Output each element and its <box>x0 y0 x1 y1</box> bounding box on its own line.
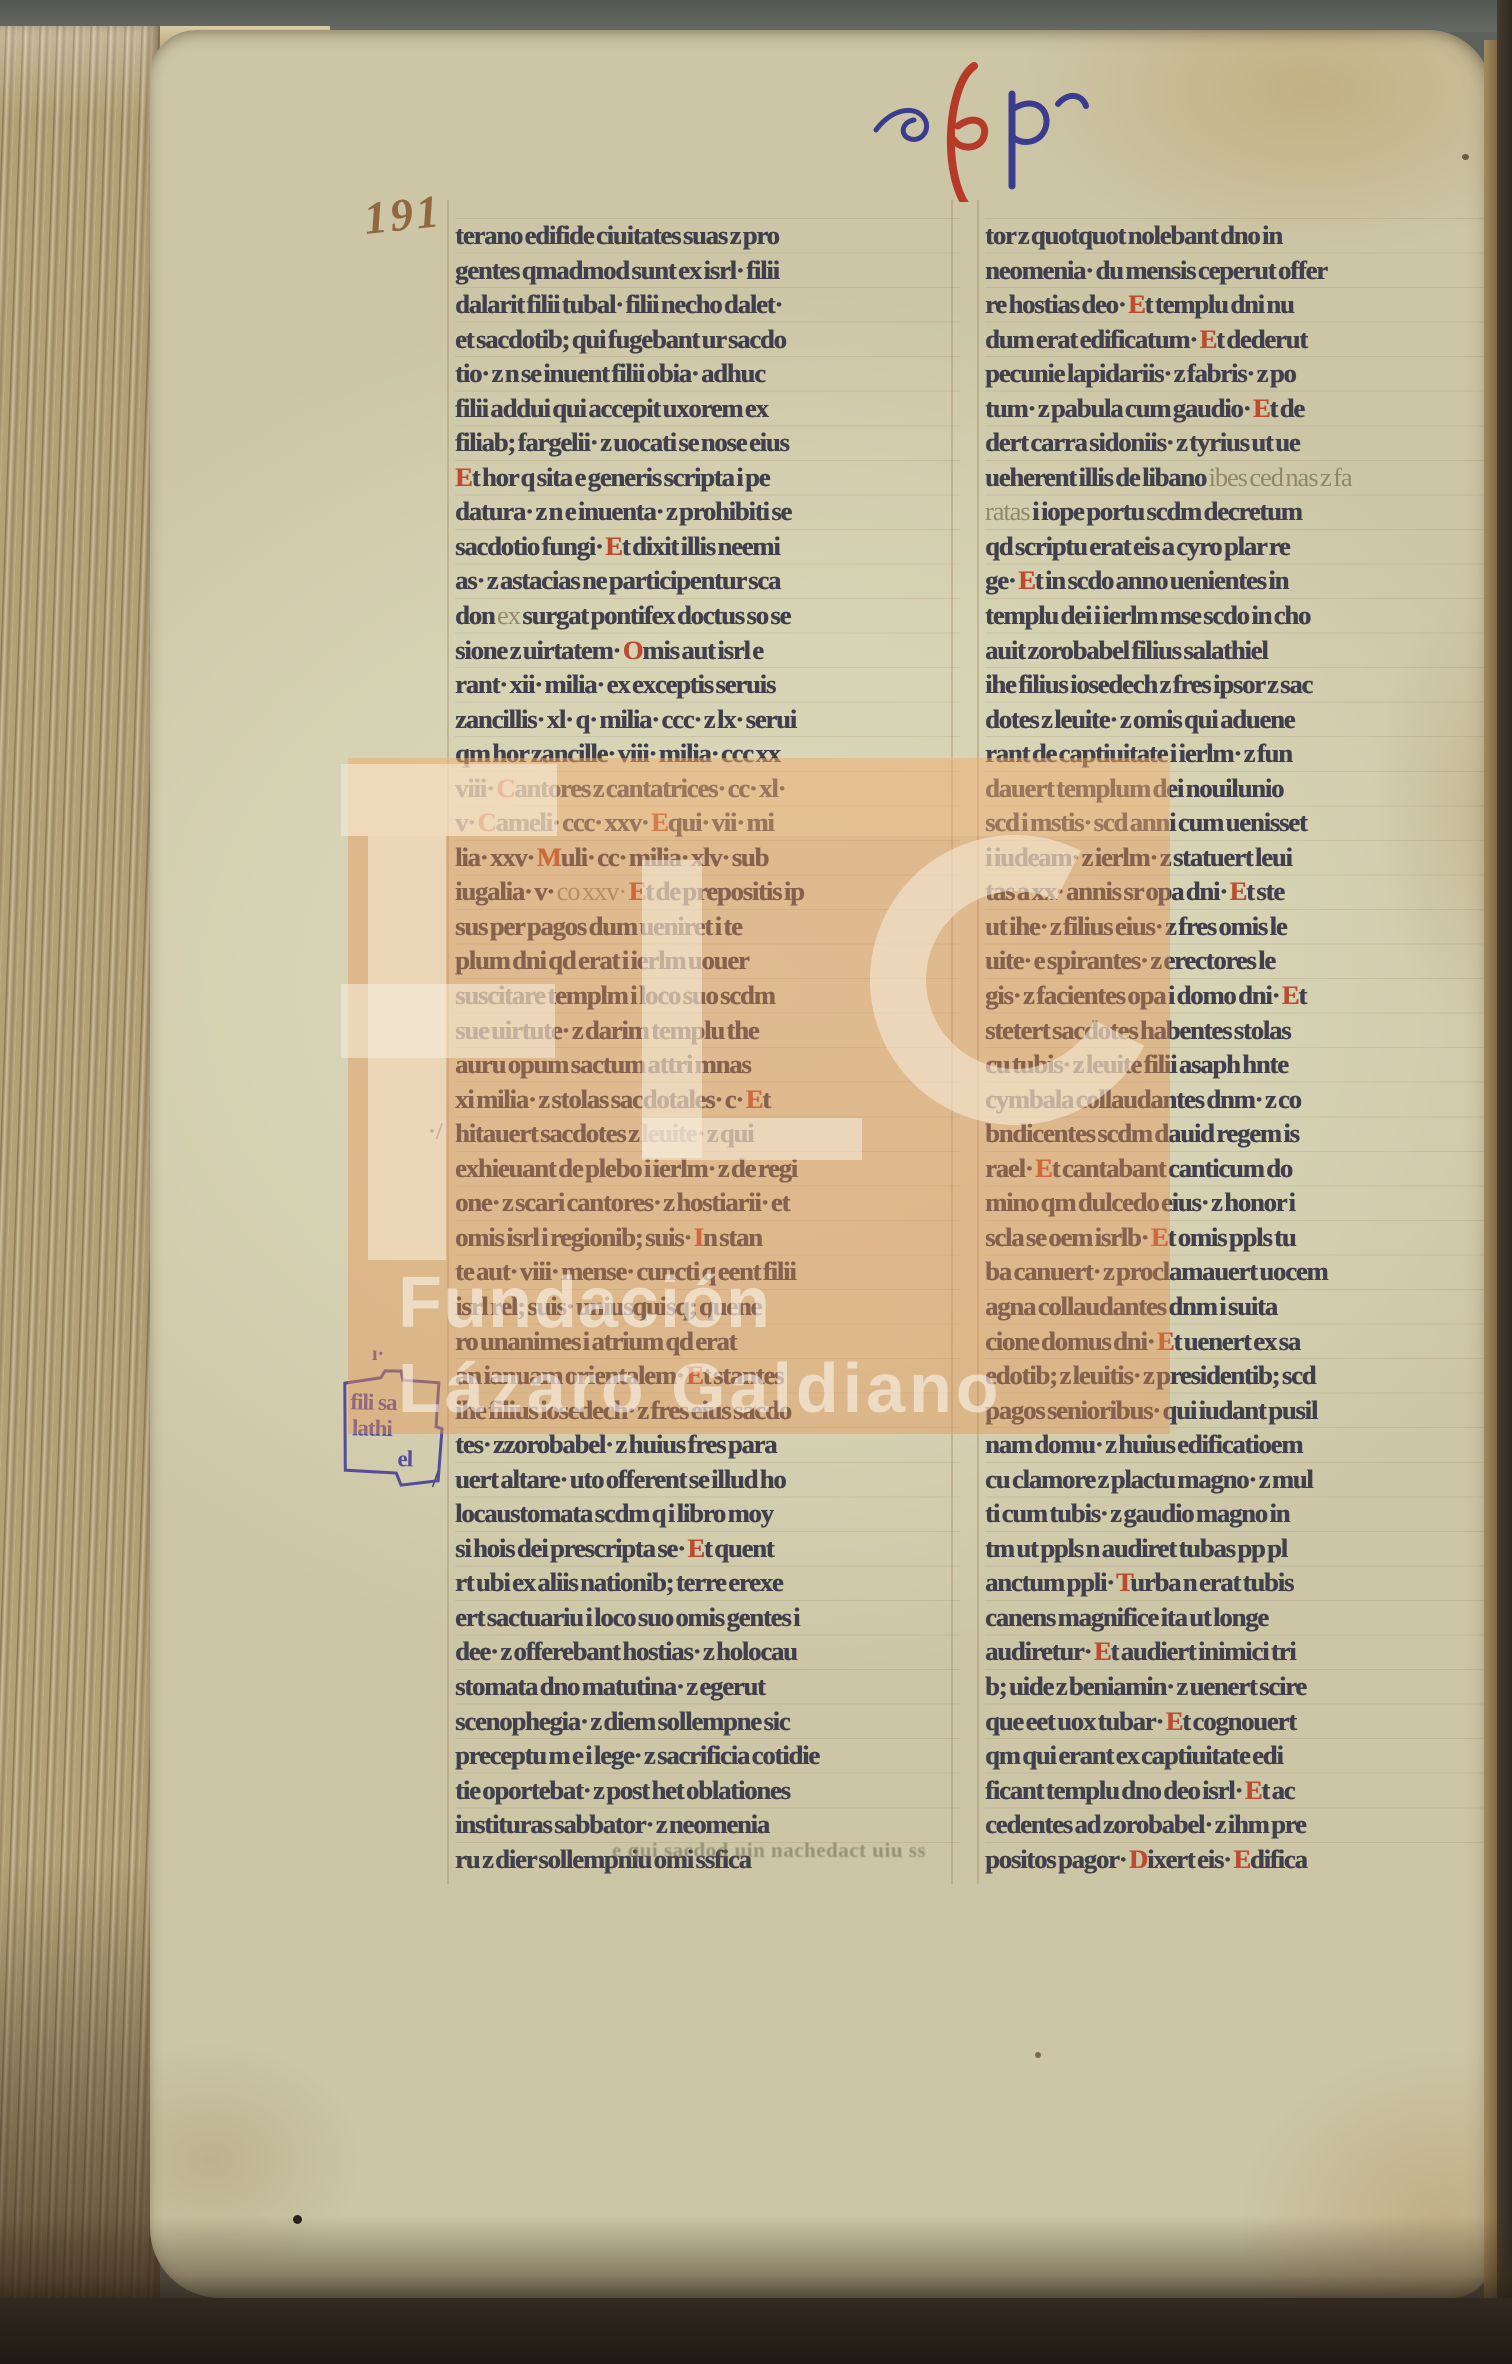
text-line: as· z astacias ne participentur sca <box>455 563 960 598</box>
text-line: audiretur· Et audiert inimici tri <box>985 1634 1490 1669</box>
erased-catchline: e qui sacdod uin nachedact uiu ss <box>612 1840 926 1861</box>
text-line: i iudeam· z ierlm· z statuert leui <box>985 840 1490 875</box>
text-line: ueherent illis de libano ibes ced nas z … <box>985 460 1490 495</box>
text-line: rant de captiuitate i ierlm· z fun <box>985 736 1490 771</box>
text-line: dalarit filii tubal· filii necho dalet· <box>455 287 960 322</box>
text-line: dotes z leuite· z omis qui aduene <box>985 702 1490 737</box>
text-line: stomata dno matutina· z egerut <box>455 1669 960 1704</box>
text-line: b; uide z beniamin· z uenert scire <box>985 1669 1490 1704</box>
foxing-spot <box>1462 154 1469 160</box>
text-line: auru opum sactum attri mnas <box>455 1047 960 1082</box>
text-line: don ex surgat pontifex doctus so se <box>455 598 960 633</box>
text-line: ge· Et in scdo anno uenientes in <box>985 563 1490 598</box>
text-line: iugalia· v· co xxv· Et de prepositis ip <box>455 874 960 909</box>
text-line: sione z uirtatem· Omis aut isrl e <box>455 633 960 668</box>
margin-note-box: fili sa lathi el <box>335 1367 453 1493</box>
text-line: cu clamore z plactu magno· z mul <box>985 1462 1490 1497</box>
text-line: ert sactuariu i loco suo omis gentes i <box>455 1600 960 1635</box>
text-line: sacdotio fungi· Et dixit illis neemi <box>455 529 960 564</box>
text-line: gentes qmadmod sunt ex isrl· filii <box>455 253 960 288</box>
text-line: tie oportebat· z post het oblationes <box>455 1773 960 1808</box>
text-line: ut ihe· z filius eius· z fres omis le <box>985 909 1490 944</box>
text-line: que eet uox tubar· Et cognouert <box>985 1704 1490 1739</box>
margin-note-line: fili sa <box>350 1389 398 1415</box>
text-line: cedentes ad zorobabel· z ihm pre <box>985 1807 1490 1842</box>
text-line: v· Cameli· ccc· xxv· Equi· vii· mi <box>455 805 960 840</box>
text-line: scd i mstis· scd anni cum uenisset <box>985 805 1490 840</box>
text-line: scenophegia· z diem sollempne sic <box>455 1704 960 1739</box>
text-line: uert altare· uto offerent se illud ho <box>455 1462 960 1497</box>
text-line: tm ut ppls n audiret tubas pp pl <box>985 1531 1490 1566</box>
text-line: positos pagor· Dixert eis· Edifica <box>985 1842 1490 1877</box>
photo-background-right <box>1497 0 1512 2364</box>
text-line: agna collaudantes dnm i suita <box>985 1289 1490 1324</box>
text-line: te aut· viii· mense· cuncti q eent filii <box>455 1254 960 1289</box>
text-line: cymbala collaudantes dnm· z co <box>985 1082 1490 1117</box>
text-line: sue uirtute· z darim templu the <box>455 1013 960 1048</box>
text-line: locaustomata scdm q i libro moy <box>455 1496 960 1531</box>
text-line: ihe filius iosedech· z fres eius sacdo <box>455 1393 960 1428</box>
header-flourish-icon <box>876 66 1086 202</box>
book-page-edges <box>0 26 160 2316</box>
text-line: ro unanimes i atrium qd erat <box>455 1324 960 1359</box>
text-line: terano edifide ciuitates suas z pro <box>455 218 960 253</box>
text-line: sus per pagos dum ueniret i te <box>455 909 960 944</box>
foxing-spot <box>1035 2052 1041 2058</box>
text-line: qd scriptu erat eis a cyro plar re <box>985 529 1490 564</box>
text-line: tum· z pabula cum gaudio· Et de <box>985 391 1490 426</box>
text-line: lia· xxv· Muli· cc· milia· xlv· sub <box>455 840 960 875</box>
text-line: exhieuant de plebo i ierlm· z de regi <box>455 1151 960 1186</box>
text-line: pecunie lapidariis· z fabris· z po <box>985 356 1490 391</box>
text-line: tio· z n se inuent filii obia· adhuc <box>455 356 960 391</box>
text-line: omis isrl i regionib; suis· In stan <box>455 1220 960 1255</box>
text-line: datura· z n e inuenta· z prohibiti se <box>455 494 960 529</box>
ruling-line-vertical <box>447 200 449 1884</box>
page-edge-right <box>1484 40 1498 2340</box>
text-line: qm qui erant ex captiuitate edi <box>985 1738 1490 1773</box>
margin-note-line: lathi <box>352 1415 394 1441</box>
text-line: gis· z facientes opa i domo dni· Et <box>985 978 1490 1013</box>
text-line: zancillis· xl· q· milia· ccc· z lx· seru… <box>455 702 960 737</box>
text-line: filii addui qui accepit uxorem ex <box>455 391 960 426</box>
margin-note-line: el <box>397 1446 413 1471</box>
text-line: cione domus dni· Et uenert ex sa <box>985 1324 1490 1359</box>
text-line: dert carra sidoniis· z tyrius ut ue <box>985 425 1490 460</box>
text-line: nam domu· z huius edificatioem <box>985 1427 1490 1462</box>
text-line: scla se oem isrlb· Et omis ppls tu <box>985 1220 1490 1255</box>
text-column-right: tor z quotquot nolebant dno inneomenia· … <box>985 218 1490 1876</box>
book-bottom-shadow <box>0 2216 1512 2300</box>
text-line: plum dni qd erat i ierlm uouer <box>455 943 960 978</box>
text-line: anctum ppli· Turba n erat tubis <box>985 1565 1490 1600</box>
text-column-left: terano edifide ciuitates suas z progente… <box>455 218 960 1876</box>
text-line: tor z quotquot nolebant dno in <box>985 218 1490 253</box>
running-header-penwork <box>862 52 1092 202</box>
text-line: ihe filius iosedech z fres ipsor z sac <box>985 667 1490 702</box>
text-line: ba canuert· z proclamauert uocem <box>985 1254 1490 1289</box>
text-line: dauert templum dei nouilunio <box>985 771 1490 806</box>
text-line: templu dei i ierlm mse scdo in cho <box>985 598 1490 633</box>
text-line: auit zorobabel filius salathiel <box>985 633 1490 668</box>
text-line: dee· z offerebant hostias· z holocau <box>455 1634 960 1669</box>
text-line: viii· Cantores z cantatrices· cc· xl· <box>455 771 960 806</box>
text-line: one· z scari cantores· z hostiarii· et <box>455 1185 960 1220</box>
text-line: ti cum tubis· z gaudio magno in <box>985 1496 1490 1531</box>
text-line: ficant templu dno deo isrl· Et ac <box>985 1773 1490 1808</box>
text-line: canens magnifice ita ut longe <box>985 1600 1490 1635</box>
text-line: instituras sabbator· z neomenia <box>455 1807 960 1842</box>
text-line: tas a xx· annis sr opa dni· Et ste <box>985 874 1490 909</box>
text-line: rt ubi ex aliis nationib; terre erexe <box>455 1565 960 1600</box>
text-line: edotib; z leuitis· z presidentib; scd <box>985 1358 1490 1393</box>
text-line: ratas i iope portu scdm decretum <box>985 494 1490 529</box>
text-line: filiab; fargelii· z uocati se nose eius <box>455 425 960 460</box>
text-line: stetert sacdotes habentes stolas <box>985 1013 1490 1048</box>
text-line: neomenia· du mensis ceperut offer <box>985 253 1490 288</box>
text-line: re hostias deo· Et templu dni nu <box>985 287 1490 322</box>
text-line: Et hor q sita e generis scripta i pe <box>455 460 960 495</box>
manuscript-photo: { "page": { "folio_number": "191", "head… <box>0 0 1512 2364</box>
margin-correction-mark: ·/ <box>428 1120 443 1144</box>
text-line: tes· zzorobabel· z huius fres para <box>455 1427 960 1462</box>
text-line: mino qm dulcedo eius· z honor i <box>985 1185 1490 1220</box>
text-line: uite· e spirantes· z erectores le <box>985 943 1490 978</box>
text-line: cu tubis· z leuite filii asaph hnte <box>985 1047 1490 1082</box>
text-line: et sacdotib; qui fugebant ur sacdo <box>455 322 960 357</box>
ruling-line-vertical <box>977 200 979 1884</box>
text-line: rant· xii· milia· ex exceptis seruis <box>455 667 960 702</box>
text-line: isrl rel; suis· uniusquisq; quene <box>455 1289 960 1324</box>
text-line: suscitare templm i loco suo scdm <box>455 978 960 1013</box>
text-line: an ianuam orientalem· Et stantes <box>455 1358 960 1393</box>
folio-number: 191 <box>362 188 444 242</box>
margin-note-tick: ı· <box>372 1344 384 1364</box>
text-line: pagos senioribus· qui iudant pusil <box>985 1393 1490 1428</box>
text-line: xi milia· z stolas sacdotales· c· Et <box>455 1082 960 1117</box>
text-line: si hois dei prescripta se· Et quent <box>455 1531 960 1566</box>
text-line: dum erat edificatum· Et dederut <box>985 322 1490 357</box>
text-line: hitauert sacdotes z leuite· z qui <box>455 1116 960 1151</box>
text-line: bndicentes scdm dauid regem is <box>985 1116 1490 1151</box>
photo-background-bottom <box>0 2298 1512 2364</box>
text-line: preceptu m e i lege· z sacrificia cotidi… <box>455 1738 960 1773</box>
text-line: rael· Et cantabant canticum do <box>985 1151 1490 1186</box>
text-line: qm hor zancille· viii· milia· ccc xx <box>455 736 960 771</box>
